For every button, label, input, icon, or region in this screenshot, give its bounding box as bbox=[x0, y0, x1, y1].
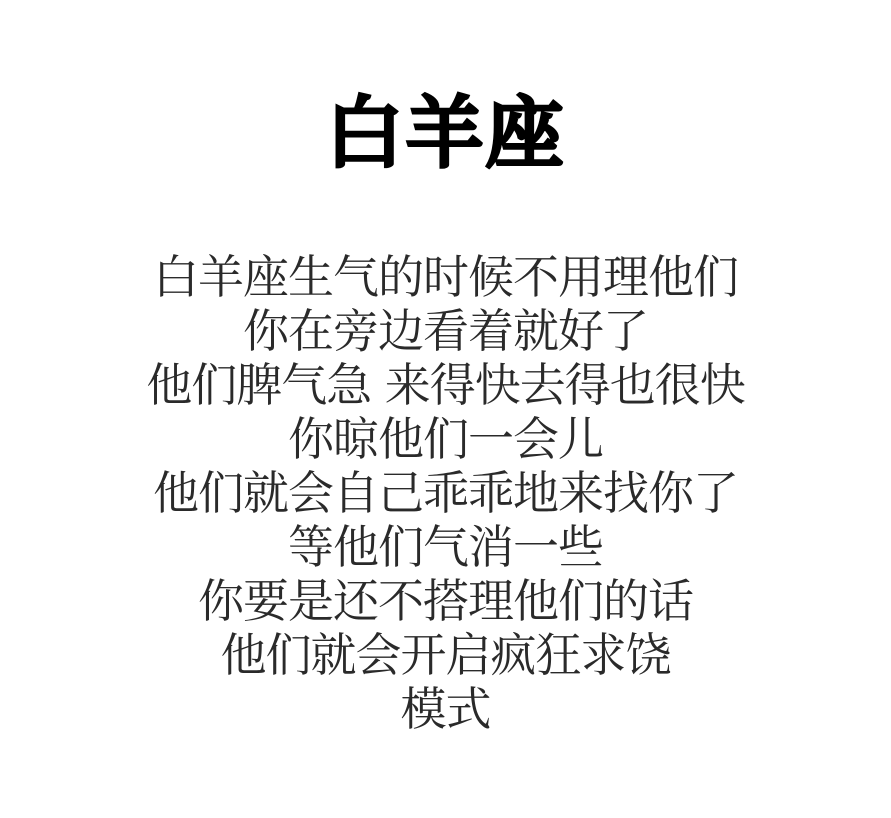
card-body: 白羊座生气的时候不用理他们 你在旁边看着就好了 他们脾气急 来得快去得也很快 你… bbox=[0, 250, 891, 736]
card-title: 白羊座 bbox=[0, 88, 891, 180]
body-line: 他们就会自己乖乖地来找你了 bbox=[0, 466, 891, 520]
body-line: 等他们气消一些 bbox=[0, 520, 891, 574]
body-line: 他们就会开启疯狂求饶 bbox=[0, 628, 891, 682]
body-line: 白羊座生气的时候不用理他们 bbox=[0, 250, 891, 304]
body-line: 你晾他们一会儿 bbox=[0, 412, 891, 466]
body-line: 他们脾气急 来得快去得也很快 bbox=[0, 358, 891, 412]
body-line: 你要是还不搭理他们的话 bbox=[0, 574, 891, 628]
body-line: 模式 bbox=[0, 682, 891, 736]
body-line: 你在旁边看着就好了 bbox=[0, 304, 891, 358]
zodiac-card: 白羊座 白羊座生气的时候不用理他们 你在旁边看着就好了 他们脾气急 来得快去得也… bbox=[0, 0, 891, 818]
